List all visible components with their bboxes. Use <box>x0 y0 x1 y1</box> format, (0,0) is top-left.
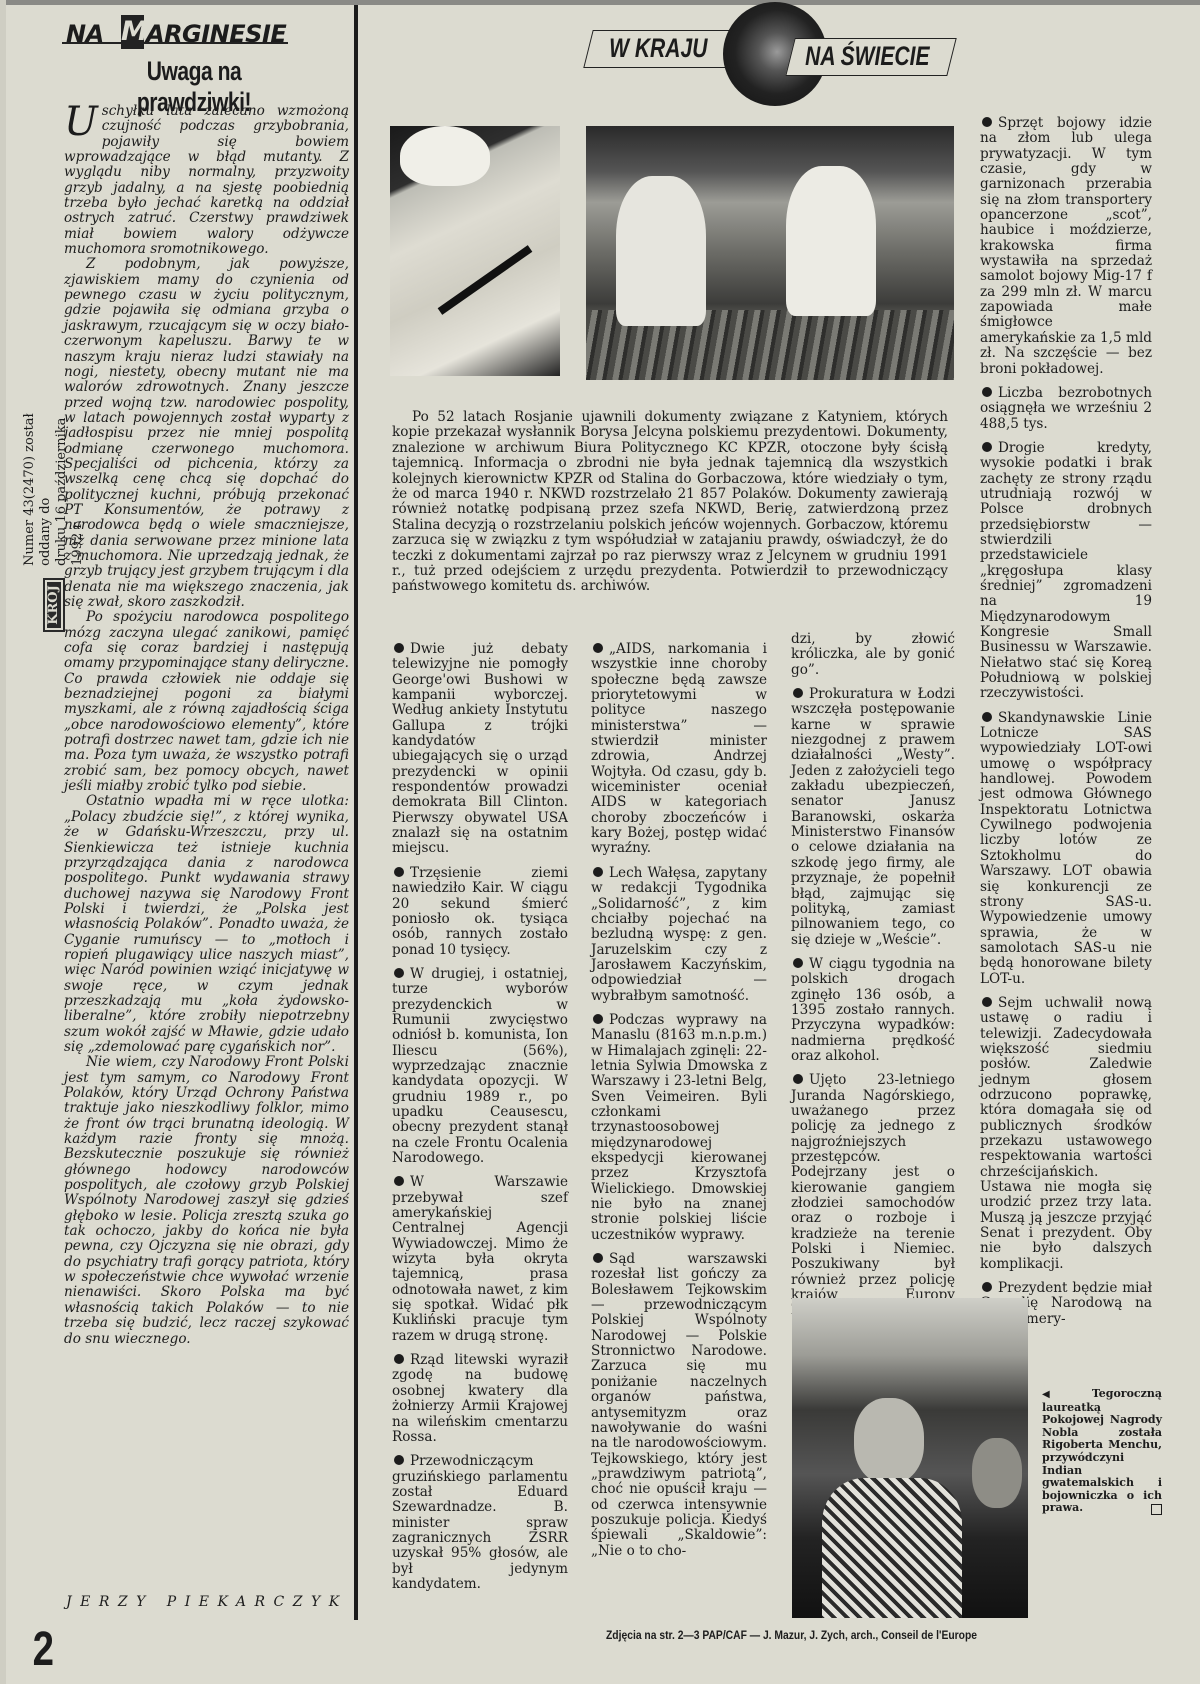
bullet-icon <box>982 117 992 127</box>
photo-caption: ◀ Tegoroczną laureatką Pokojowej Nagrody… <box>1042 1388 1162 1515</box>
news-item: W drugiej, i ostatniej, turze wyborów pr… <box>392 967 568 1166</box>
left-arrow-icon: ◀ <box>1042 1389 1069 1400</box>
news-item: W ciągu tygodnia na polskich drogach zgi… <box>791 957 955 1064</box>
photo-caption-text: Tegoroczną laureatką Pokojowej Nagrody N… <box>1042 1387 1162 1514</box>
photo-katyn-documents <box>390 126 560 376</box>
editorial-paragraph: Nie wiem, czy Narodowy Front Polski jest… <box>64 1055 349 1347</box>
photo-body-shape <box>822 1478 962 1618</box>
editorial-paragraph: Z podobnym, jak powyższe, zjawiskiem mam… <box>64 257 349 610</box>
news-item: W Warszawie przebywał szef amerykańskiej… <box>392 1175 568 1344</box>
page-number: 2 <box>33 1622 54 1677</box>
news-item: „AIDS, narkomania i wszystkie inne choro… <box>591 642 767 857</box>
bullet-icon <box>593 1014 603 1024</box>
news-item: Liczba bezrobotnych osiągnęła we wrześni… <box>980 386 1152 432</box>
bullet-icon <box>793 958 803 968</box>
bullet-icon <box>793 688 803 698</box>
bullet-icon <box>793 1074 803 1084</box>
news-item: Skandynawskie Linie Lotnicze SAS wypowie… <box>980 711 1152 987</box>
section-header-left-label: W KRAJU <box>609 33 707 64</box>
news-item: Dwie już debaty telewizyjne nie pomogły … <box>392 642 568 857</box>
news-item: Trzęsienie ziemi nawiedziło Kair. W ciąg… <box>392 866 568 958</box>
bullet-icon <box>394 1176 404 1186</box>
newspaper-page: KROJ Numer 43(2470) został oddany do dru… <box>0 0 1200 1684</box>
news-column-1: Dwie już debaty telewizyjne nie pomogły … <box>392 642 568 1601</box>
katyn-lead-article: Po 52 latach Rosjanie ujawnili dokumenty… <box>392 410 948 595</box>
editorial-paragraph: Po spożyciu narodowca pospolitego mózg z… <box>64 610 349 794</box>
news-column-3: dzi, by złowić króliczka, ale by gonić g… <box>791 632 955 1328</box>
news-item: Przewodniczącym gruzińskiego parlamentu … <box>392 1454 568 1592</box>
news-item: Sprzęt bojowy idzie na złom lub ulega pr… <box>980 116 1152 377</box>
issue-info-line-1: Numer 43(2470) został oddany do <box>22 413 53 566</box>
issue-info-vertical: KROJ Numer 43(2470) został oddany do dru… <box>22 372 70 632</box>
news-item: Ujęto 23-letniego Juranda Nagórskiego, u… <box>791 1073 955 1319</box>
bullet-icon <box>982 1282 992 1292</box>
news-item: Drogie kredyty, wysokie podatki i brak z… <box>980 441 1152 702</box>
bullet-icon <box>394 1455 404 1465</box>
section-header-na-swiecie: NA ŚWIECIE <box>785 38 956 76</box>
bullet-icon <box>394 1354 404 1364</box>
bullet-icon <box>982 997 992 1007</box>
bullet-icon <box>593 1253 603 1263</box>
masthead-underline <box>62 42 288 44</box>
author-byline: JERZY PIEKARCZYK <box>66 1594 348 1610</box>
column-divider <box>354 5 358 1620</box>
top-edge-strip <box>0 0 1200 5</box>
photo-face-shape <box>854 1398 924 1484</box>
photo-pen-shape <box>438 245 533 315</box>
editorial-body: Uschyłku lata zalecano wzmożoną czujność… <box>64 104 349 1347</box>
photo-credits: Zdjęcia na str. 2—3 PAP/CAF — J. Mazur, … <box>606 1628 977 1642</box>
end-mark-icon <box>1151 1504 1162 1515</box>
bullet-icon <box>593 867 603 877</box>
bullet-icon <box>593 643 603 653</box>
photo-exhumation <box>586 126 954 380</box>
bullet-icon <box>982 442 992 452</box>
news-column-4: Sprzęt bojowy idzie na złom lub ulega pr… <box>980 116 1152 1336</box>
photo-figure-1 <box>616 176 706 326</box>
magazine-logo: KROJ <box>43 578 65 632</box>
bullet-icon <box>394 643 404 653</box>
left-page-edge <box>0 0 6 1684</box>
drop-cap: U <box>64 106 98 138</box>
news-item: Sejm uchwalił nową ustawę o radiu i tele… <box>980 996 1152 1272</box>
news-column-2: „AIDS, narkomania i wszystkie inne choro… <box>591 642 767 1568</box>
photo-face2-shape <box>972 1438 1022 1508</box>
news-item: Rząd litewski wyraził zgodę na budowę os… <box>392 1353 568 1445</box>
section-masthead-na-marginesie: NA M ARGINESIE <box>62 18 288 48</box>
news-item: Prokuratura w Łodzi wszczęła postępowani… <box>791 687 955 948</box>
section-header-right-label: NA ŚWIECIE <box>805 41 929 72</box>
news-item: Podczas wyprawy na Manaslu (8163 m.n.p.m… <box>591 1013 767 1243</box>
bullet-icon <box>982 387 992 397</box>
editorial-paragraph: Ostatnio wpadła mi w ręce ulotka: „Polac… <box>64 794 349 1055</box>
editorial-paragraph: Uschyłku lata zalecano wzmożoną czujność… <box>64 104 349 257</box>
photo-hand-shape <box>400 126 490 186</box>
bullet-icon <box>394 867 404 877</box>
news-item: Sąd warszawski rozesłał list gończy za B… <box>591 1252 767 1559</box>
bullet-icon <box>982 712 992 722</box>
news-item: Lech Wałęsa, zapytany w redakcji Tygodni… <box>591 866 767 1004</box>
photo-rigoberta-menchu <box>792 1298 1028 1618</box>
bullet-icon <box>394 968 404 978</box>
news-item-continuation: dzi, by złowić króliczka, ale by gonić g… <box>791 632 955 678</box>
photo-figure-2 <box>786 166 876 316</box>
